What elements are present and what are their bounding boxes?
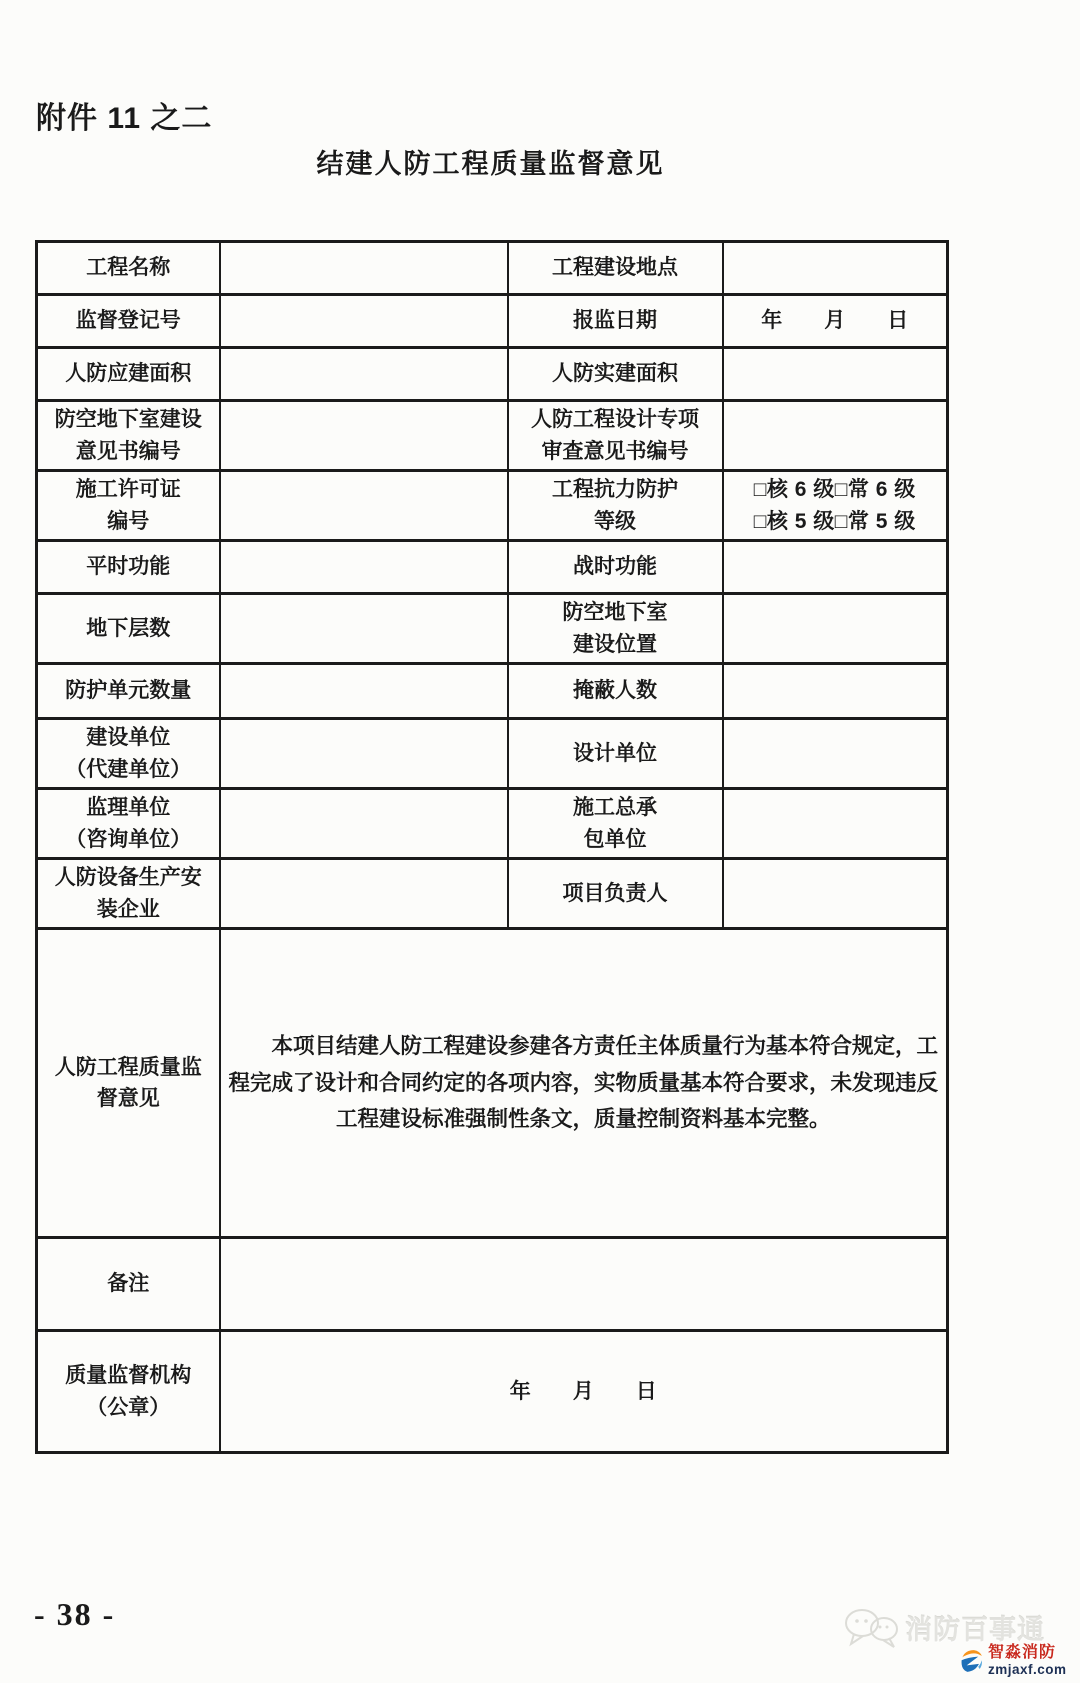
field-label-cell: 地下层数: [37, 594, 220, 664]
field-value-cell: [723, 719, 948, 789]
field-value-cell: [220, 594, 508, 664]
field-value-cell: [220, 664, 508, 719]
remark-row: 备注: [37, 1238, 948, 1331]
date-value-cell: 年 月 日: [723, 295, 948, 348]
stamp-date-cell: 年 月 日: [220, 1331, 948, 1453]
watermark: 消防百事通: [843, 1606, 1045, 1648]
field-label-cell: 人防设备生产安 装企业: [37, 859, 220, 929]
field-label-cell: 人防工程设计专项 审查意见书编号: [508, 401, 723, 471]
field-label-cell: 监理单位 （咨询单位）: [37, 789, 220, 859]
field-value-cell: [220, 859, 508, 929]
stamp-row: 质量监督机构 （公章） 年 月 日: [37, 1331, 948, 1453]
zm-swirl-icon: [958, 1648, 984, 1674]
field-value-cell: [723, 664, 948, 719]
field-label-cell: 施工总承 包单位: [508, 789, 723, 859]
table-row: 建设单位 （代建单位） 设计单位: [37, 719, 948, 789]
field-value-cell: [220, 401, 508, 471]
table-row: 监理单位 （咨询单位） 施工总承 包单位: [37, 789, 948, 859]
table-row: 人防应建面积 人防实建面积: [37, 348, 948, 401]
field-label-cell: 平时功能: [37, 541, 220, 594]
page-title: 结建人防工程质量监督意见: [35, 142, 946, 181]
table-row: 平时功能 战时功能: [37, 541, 948, 594]
table-row: 防空地下室建设 意见书编号 人防工程设计专项 审查意见书编号: [37, 401, 948, 471]
field-label-cell: 施工许可证 编号: [37, 471, 220, 541]
field-value-cell: [220, 541, 508, 594]
field-label-cell: 建设单位 （代建单位）: [37, 719, 220, 789]
watermark-text: 消防百事通: [905, 1608, 1045, 1647]
field-value-cell: [220, 295, 508, 348]
logo-url: zmjaxf.com: [988, 1662, 1067, 1678]
stamp-label-cell: 质量监督机构 （公章）: [37, 1331, 220, 1453]
field-label-cell: 设计单位: [508, 719, 723, 789]
field-value-cell: [220, 719, 508, 789]
field-value-cell: [723, 789, 948, 859]
field-label-cell: 工程名称: [37, 242, 220, 295]
opinion-label-cell: 人防工程质量监 督意见: [37, 929, 220, 1238]
field-label-cell: 报监日期: [508, 295, 723, 348]
field-value-cell: [723, 348, 948, 401]
field-value-cell: [220, 789, 508, 859]
field-value-cell: [723, 859, 948, 929]
field-label-cell: 工程建设地点: [508, 242, 723, 295]
table-row: 监督登记号 报监日期 年 月 日: [37, 295, 948, 348]
table-row: 工程名称 工程建设地点: [37, 242, 948, 295]
field-label-cell: 战时功能: [508, 541, 723, 594]
opinion-row: 人防工程质量监 督意见 本项目结建人防工程建设参建各方责任主体质量行为基本符合规…: [37, 929, 948, 1238]
field-value-cell: [723, 541, 948, 594]
protection-grade-checkboxes: □核 6 级□常 6 级 □核 5 级□常 5 级: [723, 471, 948, 541]
remark-label-cell: 备注: [37, 1238, 220, 1331]
opinion-text: 本项目结建人防工程建设参建各方责任主体质量行为基本符合规定，工程完成了设计和合同…: [227, 1028, 941, 1139]
site-logo: 智淼消防 zmjaxf.com: [958, 1644, 1067, 1678]
field-label-cell: 项目负责人: [508, 859, 723, 929]
table-row: 人防设备生产安 装企业 项目负责人: [37, 859, 948, 929]
remark-value-cell: [220, 1238, 948, 1331]
table-row: 地下层数 防空地下室 建设位置: [37, 594, 948, 664]
field-label-cell: 防空地下室 建设位置: [508, 594, 723, 664]
chat-bubbles-icon: [843, 1606, 901, 1648]
form-table: 工程名称 工程建设地点 监督登记号 报监日期 年 月 日 人防应建面积 人防实建…: [35, 240, 949, 1454]
page-number: - 38 -: [34, 1596, 115, 1633]
field-value-cell: [220, 471, 508, 541]
field-value-cell: [723, 242, 948, 295]
field-value-cell: [723, 401, 948, 471]
logo-name: 智淼消防: [988, 1644, 1067, 1662]
field-label-cell: 人防应建面积: [37, 348, 220, 401]
field-label-cell: 工程抗力防护 等级: [508, 471, 723, 541]
table-row: 防护单元数量 掩蔽人数: [37, 664, 948, 719]
field-label-cell: 掩蔽人数: [508, 664, 723, 719]
field-label-cell: 防护单元数量: [37, 664, 220, 719]
field-label-cell: 防空地下室建设 意见书编号: [37, 401, 220, 471]
field-value-cell: [220, 242, 508, 295]
attachment-label: 附件 11 之二: [36, 93, 212, 137]
field-value-cell: [220, 348, 508, 401]
table-row: 施工许可证 编号 工程抗力防护 等级 □核 6 级□常 6 级 □核 5 级□常…: [37, 471, 948, 541]
field-value-cell: [723, 594, 948, 664]
opinion-content-cell: 本项目结建人防工程建设参建各方责任主体质量行为基本符合规定，工程完成了设计和合同…: [220, 929, 948, 1238]
document-page: 附件 11 之二 结建人防工程质量监督意见 工程名称 工程建设地点 监督登记号 …: [0, 0, 1080, 1683]
field-label-cell: 监督登记号: [37, 295, 220, 348]
field-label-cell: 人防实建面积: [508, 348, 723, 401]
